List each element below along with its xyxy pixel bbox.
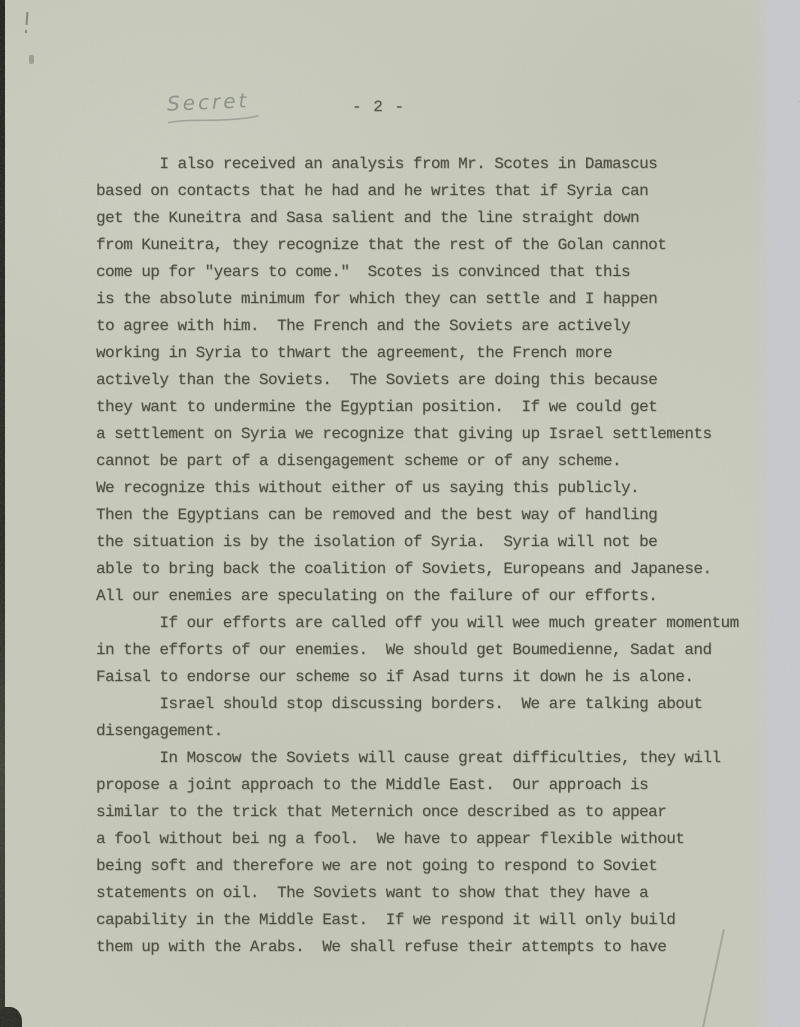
typed-line: they want to undermine the Egyptian posi…	[96, 394, 756, 421]
typed-line: capability in the Middle East. If we res…	[96, 907, 756, 934]
underlying-page-edge	[754, 0, 800, 1027]
typed-line: come up for "years to come." Scotes is c…	[96, 259, 756, 286]
typed-line: working in Syria to thwart the agreement…	[96, 340, 756, 367]
typed-line: in the efforts of our enemies. We should…	[96, 637, 756, 664]
page-number: - 2 -	[352, 98, 405, 116]
typed-line: We recognize this without either of us s…	[96, 475, 756, 502]
memo-body: I also received an analysis from Mr. Sco…	[96, 151, 756, 961]
typed-line: cannot be part of a disengagement scheme…	[96, 448, 756, 475]
typed-line: is the absolute minimum for which they c…	[96, 286, 756, 313]
pencil-mark	[26, 12, 29, 25]
typed-line: statements on oil. The Soviets want to s…	[96, 880, 756, 907]
typed-line: If our efforts are called off you will w…	[96, 610, 756, 637]
typed-line: propose a joint approach to the Middle E…	[96, 772, 756, 799]
typed-line: them up with the Arabs. We shall refuse …	[96, 934, 756, 961]
scan-corner-artifact	[0, 1007, 22, 1027]
typed-line: a fool without bei ng a fool. We have to…	[96, 826, 756, 853]
typed-line: In Moscow the Soviets will cause great d…	[96, 745, 756, 772]
typed-line: Israel should stop discussing borders. W…	[96, 691, 756, 718]
typed-line: get the Kuneitra and Sasa salient and th…	[96, 205, 756, 232]
typed-line: to agree with him. The French and the So…	[96, 313, 756, 340]
typed-line: the situation is by the isolation of Syr…	[96, 529, 756, 556]
typed-line: based on contacts that he had and he wri…	[96, 178, 756, 205]
typed-line: I also received an analysis from Mr. Sco…	[96, 151, 756, 178]
pencil-mark	[25, 30, 27, 33]
page-corner-shadow	[791, 0, 800, 102]
typed-line: disengagement.	[96, 718, 756, 745]
typed-line: from Kuneitra, they recognize that the r…	[96, 232, 756, 259]
typed-line: being soft and therefore we are not goin…	[96, 853, 756, 880]
scan-edge-shadow	[0, 0, 5, 1027]
handwritten-classification-text: Secret	[167, 88, 250, 116]
pencil-mark	[29, 55, 34, 64]
typed-line: able to bring back the coalition of Sovi…	[96, 556, 756, 583]
typed-line: similar to the trick that Meternich once…	[96, 799, 756, 826]
handwritten-classification: Secret	[167, 88, 250, 116]
typed-line: a settlement on Syria we recognize that …	[96, 421, 756, 448]
typed-line: All our enemies are speculating on the f…	[96, 583, 756, 610]
typed-line: Then the Egyptians can be removed and th…	[96, 502, 756, 529]
typed-line: actively than the Soviets. The Soviets a…	[96, 367, 756, 394]
scanned-document-page: Secret - 2 - I also received an analysis…	[0, 0, 800, 1027]
typed-line: Faisal to endorse our scheme so if Asad …	[96, 664, 756, 691]
